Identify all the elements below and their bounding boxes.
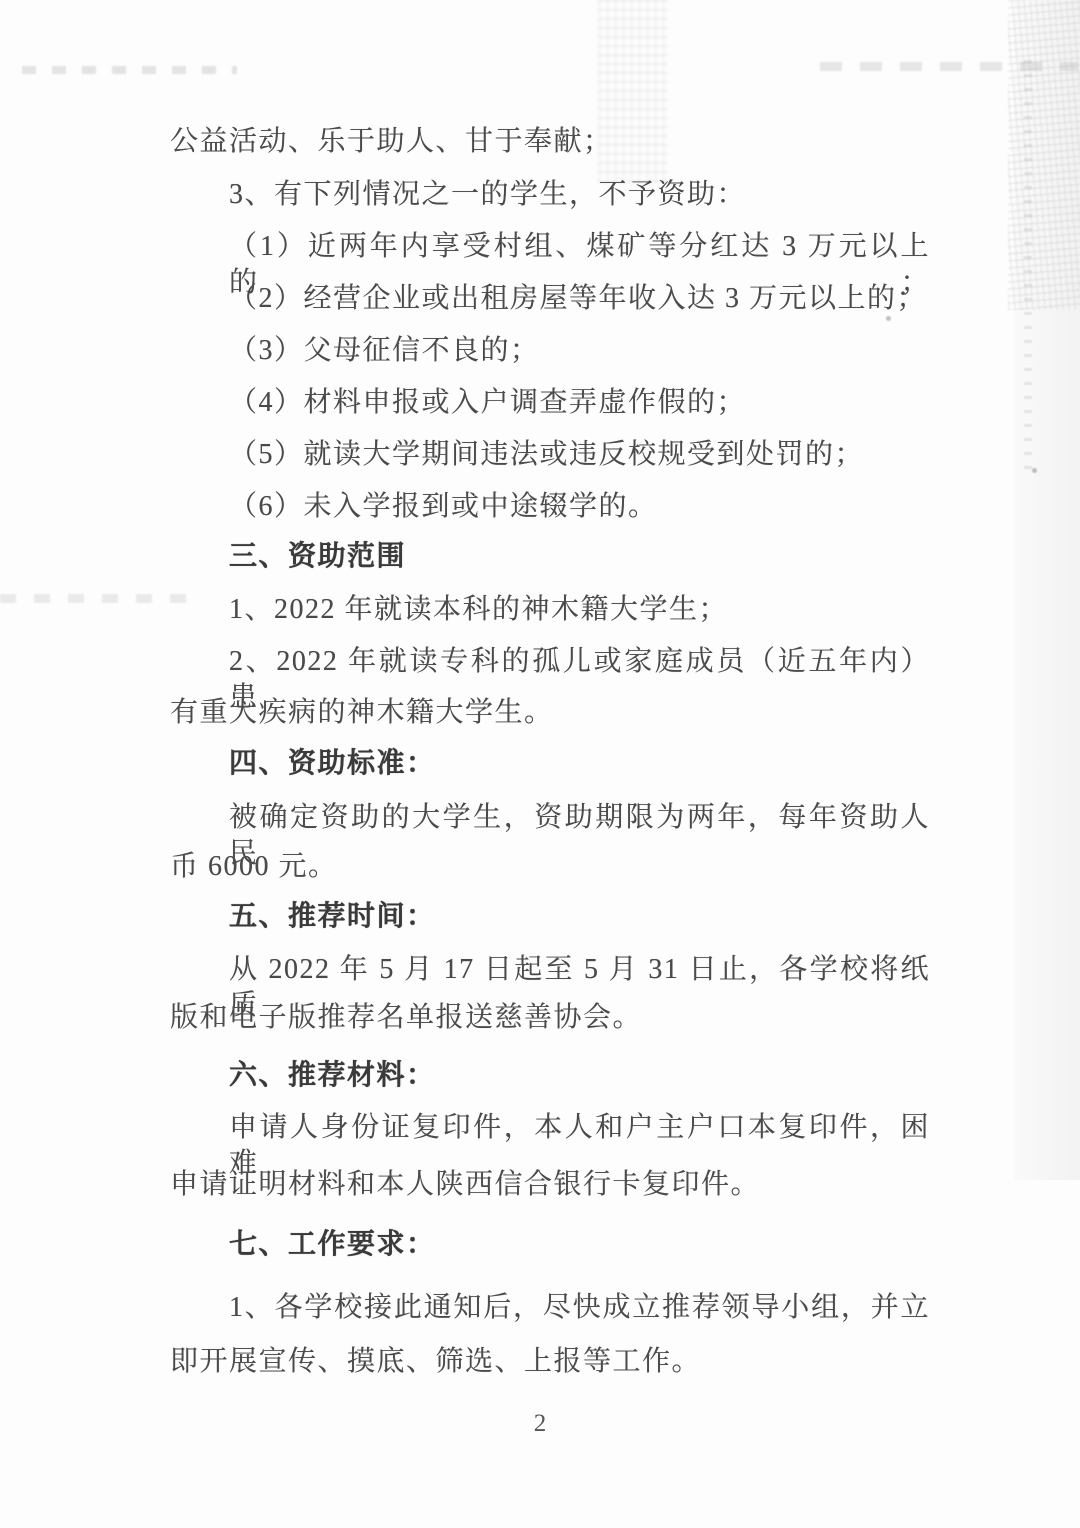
doc-line-work-1: 1、各学校接此通知后，尽快成立推荐领导小组，并立 — [229, 1290, 930, 1326]
doc-heading-section-6: 六、推荐材料： — [229, 1058, 436, 1094]
scan-right-edge-strip — [1014, 0, 1080, 1180]
doc-line-standard-cont: 币 6000 元。 — [170, 849, 338, 885]
scan-dash-streak-left — [22, 66, 237, 74]
doc-heading-section-5: 五、推荐时间： — [229, 899, 436, 935]
doc-heading-section-4: 四、资助标准： — [229, 746, 436, 782]
page-number: 2 — [0, 1410, 1080, 1438]
doc-line-scope-1: 1、2022 年就读本科的神木籍大学生； — [229, 592, 728, 628]
doc-line-sub-4: （4）材料申报或入户调查弄虚作假的； — [229, 385, 746, 421]
doc-line-work-1-cont: 即开展宣传、摸底、筛选、上报等工作。 — [170, 1344, 701, 1380]
scan-dash-streak-right — [820, 62, 1078, 71]
doc-line-time-cont: 版和电子版推荐名单报送慈善协会。 — [170, 1000, 642, 1036]
doc-line-sub-6: （6）未入学报到或中途辍学的。 — [229, 489, 658, 525]
scan-corner-noise — [1008, 0, 1080, 310]
doc-heading-section-7: 七、工作要求： — [229, 1227, 436, 1263]
doc-line-continuation: 公益活动、乐于助人、甘于奉献； — [170, 124, 613, 160]
doc-line-item-3: 3、有下列情况之一的学生，不予资助： — [229, 177, 746, 213]
doc-line-materials-cont: 申请证明材料和本人陕西信合银行卡复印件。 — [170, 1167, 760, 1203]
doc-heading-section-3: 三、资助范围 — [229, 539, 406, 575]
scan-speck — [1032, 468, 1037, 473]
doc-line-scope-2-cont: 有重大疾病的神木籍大学生。 — [170, 695, 554, 731]
doc-line-sub-3: （3）父母征信不良的； — [229, 333, 540, 369]
scan-dash-streak-mid — [0, 594, 195, 603]
doc-line-sub-2: （2）经营企业或出租房屋等年收入达 3 万元以上的； — [229, 281, 926, 317]
scanned-document-page: 公益活动、乐于助人、甘于奉献； 3、有下列情况之一的学生，不予资助： （1）近两… — [0, 0, 1080, 1528]
doc-line-sub-5: （5）就读大学期间违法或违反校规受到处罚的； — [229, 437, 864, 473]
scan-speck-column — [1024, 60, 1032, 480]
